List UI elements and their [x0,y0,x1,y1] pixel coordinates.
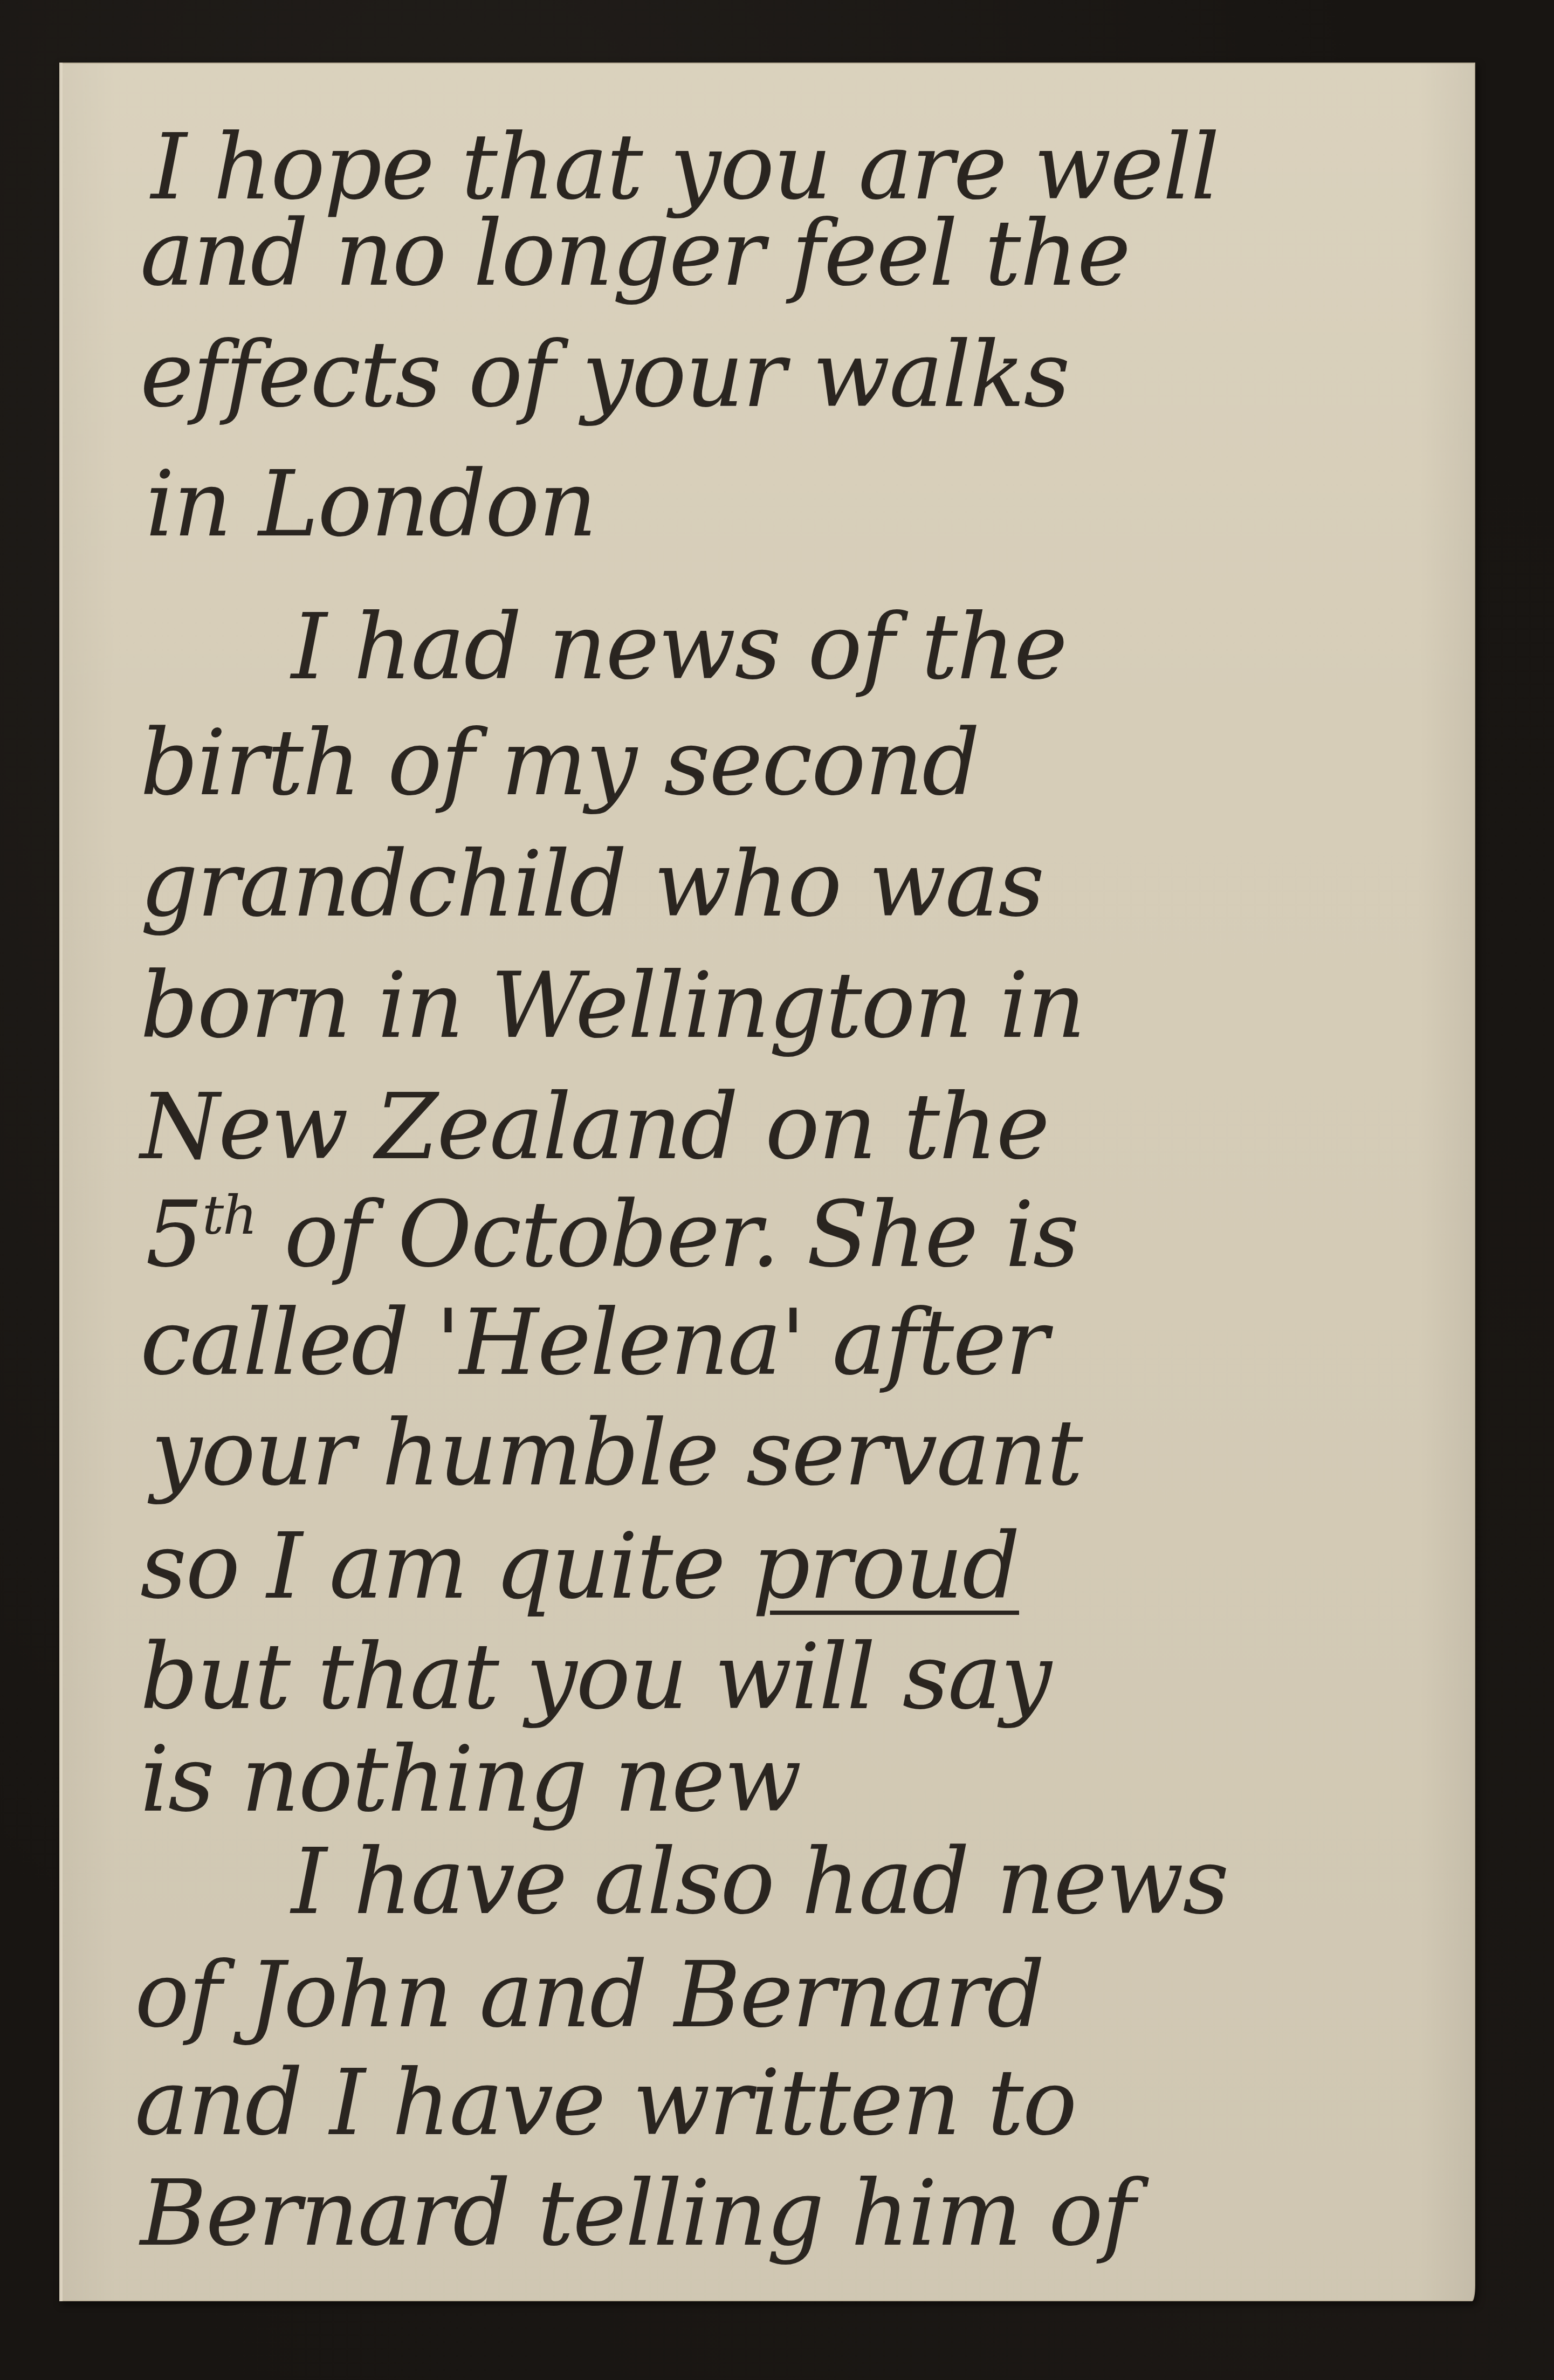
letter-line-1: I hope that you are well [151,122,1219,212]
letter-line-13: so I am quite proud [140,1521,1019,1612]
letter-line-13-quite: quite [494,1514,724,1619]
letter-line-13-text: so I am [140,1514,467,1619]
letter-line-9: New Zealand on the [140,1082,1049,1172]
letter-line-18: and I have written to [135,2058,1076,2148]
date-day: 5 [146,1182,202,1288]
letter-page: I hope that you are well and no longer f… [59,63,1475,2301]
letter-paragraph-2-line-1: I had news of the [151,602,1067,692]
letter-line-4: in London [146,459,596,549]
letter-paragraph-3-line-1: I have also had news [151,1836,1228,1927]
letter-line-7: grandchild who was [140,839,1043,930]
letter-line-6: birth of my second [140,718,979,808]
date-ordinal: th [202,1184,257,1247]
letter-line-14: but that you will say [140,1632,1051,1722]
letter-line-8: born in Wellington in [140,960,1084,1051]
letter-line-11: called 'Helena' after [140,1297,1048,1388]
paper-edge [59,63,63,2301]
letter-line-19: Bernard telling him of [140,2168,1134,2259]
letter-line-10-text: of October. She is [284,1182,1078,1288]
letter-line-3: effects of your walks [140,329,1069,420]
letter-line-15: is nothing new [140,1734,801,1825]
letter-line-17: of John and Bernard [135,1950,1044,2040]
underlined-word-proud: proud [752,1514,1019,1619]
letter-line-12: your humble servant [151,1408,1082,1498]
letter-line-2: and no longer feel the [140,208,1130,299]
letter-line-10: 5th of October. She is [146,1189,1078,1280]
